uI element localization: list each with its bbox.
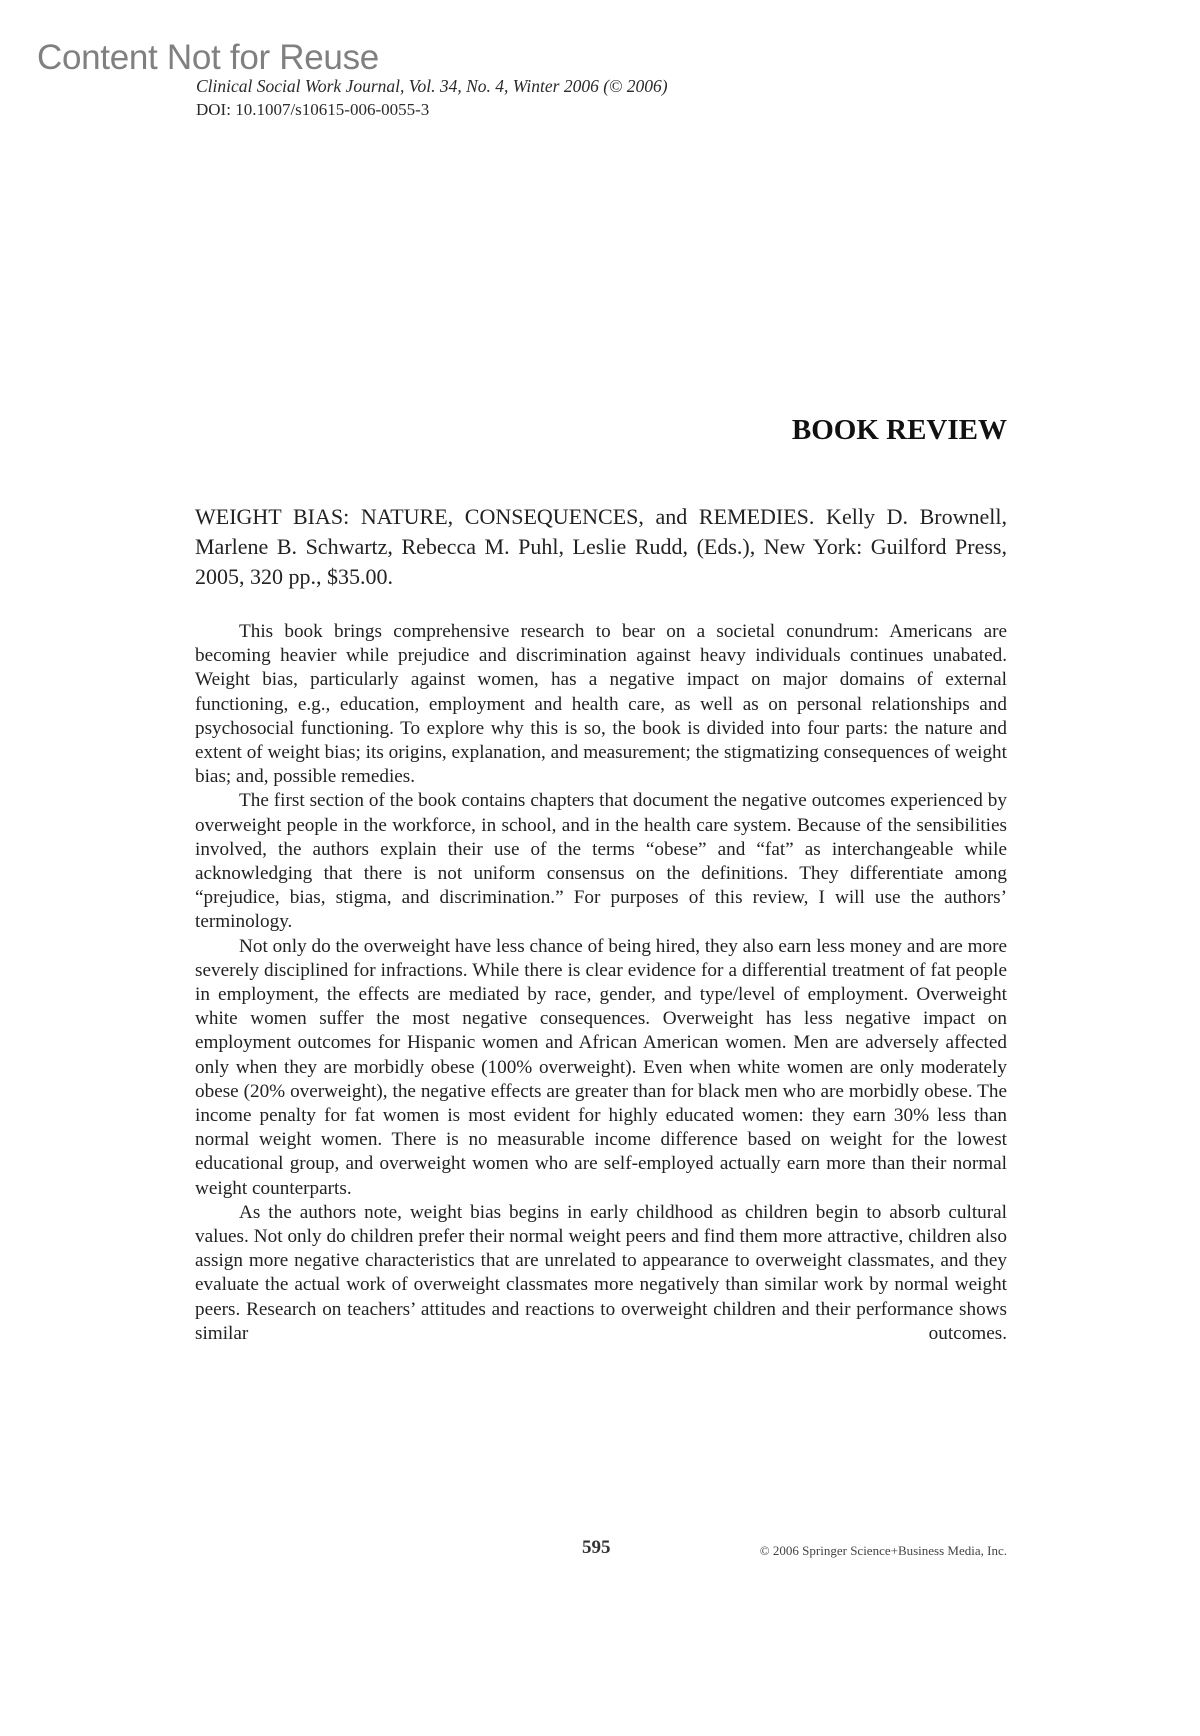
body-paragraph: The first section of the book contains c… — [195, 789, 1007, 934]
doi-line: DOI: 10.1007/s10615-006-0055-3 — [196, 100, 429, 120]
review-body: This book brings comprehensive research … — [195, 620, 1007, 1346]
page-number: 595 — [582, 1537, 611, 1559]
body-paragraph: This book brings comprehensive research … — [195, 620, 1007, 789]
watermark: Content Not for Reuse — [37, 38, 379, 78]
book-citation: WEIGHT BIAS: NATURE, CONSEQUENCES, and R… — [195, 502, 1007, 592]
section-heading: BOOK REVIEW — [792, 414, 1007, 447]
journal-citation-line: Clinical Social Work Journal, Vol. 34, N… — [196, 76, 668, 97]
copyright-notice: © 2006 Springer Science+Business Media, … — [760, 1543, 1007, 1559]
body-paragraph: Not only do the overweight have less cha… — [195, 935, 1007, 1201]
body-paragraph: As the authors note, weight bias begins … — [195, 1201, 1007, 1346]
